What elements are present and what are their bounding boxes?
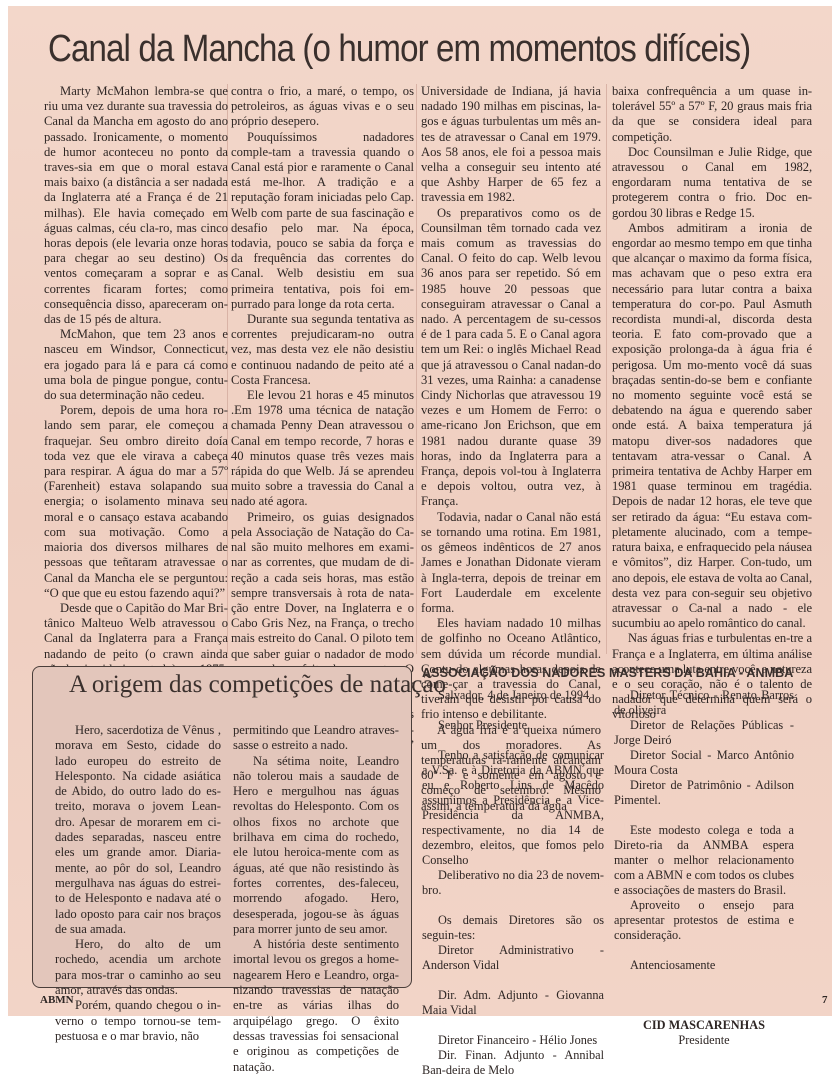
sidebar-column-2: permitindo que Leandro atraves-sasse o e… xyxy=(233,723,399,1024)
newspaper-page: Canal da Mancha (o humor em momentos dif… xyxy=(8,6,832,1016)
letter-date: Salvador, 4 de Janeiro de 1994 xyxy=(422,688,604,703)
paragraph: Ele levou 21 horas e 45 minutos .Em 1978… xyxy=(231,388,414,510)
letter-column-2: Diretor Técnico - Renato Barros de olive… xyxy=(614,688,794,1024)
paragraph: Todavia, nadar o Canal não está se torna… xyxy=(421,510,601,616)
paragraph: Na sétima noite, Leandro não tolerou mai… xyxy=(233,754,399,938)
paragraph: Tenho a satisfação de comunicar a V.Sa. … xyxy=(422,748,604,868)
column-rule xyxy=(416,84,417,654)
paragraph: Pouquíssimos nadadores comple-tam a trav… xyxy=(231,130,414,312)
letter-column-1: Salvador, 4 de Janeiro de 1994 Senhor Pr… xyxy=(422,688,604,1024)
paragraph: Os demais Diretores são os seguin-tes: xyxy=(422,913,604,943)
director-item: Diretor Social - Marco Antônio Moura Cos… xyxy=(614,748,794,778)
paragraph: Ambos admitiram a ironia de engordar ao … xyxy=(612,221,812,631)
paragraph: Aproveito o ensejo para apresentar prote… xyxy=(614,898,794,943)
signature-name: CID MASCARENHAS xyxy=(614,1018,794,1024)
letter-closing: Antenciosamente xyxy=(614,958,794,973)
paragraph: Hero, sacerdotiza de Vênus , morava em S… xyxy=(55,723,221,937)
director-item: Diretor Técnico - Renato Barros de olive… xyxy=(614,688,794,718)
article-title: Canal da Mancha (o humor em momentos dif… xyxy=(48,28,718,71)
paragraph: Durante sua segunda tentativa as corrent… xyxy=(231,312,414,388)
paragraph: Deliberativo no dia 23 de novem-bro. xyxy=(422,868,604,898)
paragraph: Este modesto colega e toda a Direto-ria … xyxy=(614,823,794,898)
letter-salutation: Senhor Presidente. xyxy=(422,718,604,733)
paragraph: Doc Counsilman e Julie Ridge, que atrave… xyxy=(612,145,812,221)
paragraph: permitindo que Leandro atraves-sasse o e… xyxy=(233,723,399,754)
paragraph: Os preparativos como os de Counsilman tê… xyxy=(421,206,601,510)
paragraph: A história deste sentimento imortal levo… xyxy=(233,937,399,1024)
sidebar-box: A origem das competições de natação Hero… xyxy=(32,666,412,988)
paragraph: Marty McMahon lembra-se que riu uma vez … xyxy=(44,84,228,327)
director-item: Diretor de Patrimônio - Adilson Pimentel… xyxy=(614,778,794,808)
paragraph: Hero, do alto de um rochedo, acendia um … xyxy=(55,937,221,998)
director-item: Diretor Administrativo - Anderson Vidal xyxy=(422,943,604,973)
sidebar-title: A origem das competições de natação xyxy=(69,671,446,699)
sidebar-column-1: Hero, sacerdotiza de Vênus , morava em S… xyxy=(55,723,221,1024)
paragraph: baixa confrequência a um quase in-tolerá… xyxy=(612,84,812,145)
paragraph: Porém, quando chegou o in-verno o tempo … xyxy=(55,998,221,1024)
director-item: Diretor de Relações Públicas - Jorge Dei… xyxy=(614,718,794,748)
paragraph: contra o frio, a maré, o tempo, os petro… xyxy=(231,84,414,130)
paragraph: McMahon, que tem 23 anos e nasceu em Win… xyxy=(44,327,228,403)
publication-name: ABMN xyxy=(40,994,74,1006)
paragraph: Universidade de Indiana, já havia nadado… xyxy=(421,84,601,206)
director-item: Dir. Adm. Adjunto - Giovanna Maia Vidal xyxy=(422,988,604,1018)
page-number: 7 xyxy=(822,994,828,1006)
column-rule xyxy=(606,84,607,654)
paragraph: Porem, depois de uma hora ro-lando sem p… xyxy=(44,403,228,601)
article-column-4: baixa confrequência a um quase in-tolerá… xyxy=(612,84,812,723)
letter-heading: ASSOCIAÇÃO DOS NADORES MASTERS DA BAHIA … xyxy=(422,666,793,680)
